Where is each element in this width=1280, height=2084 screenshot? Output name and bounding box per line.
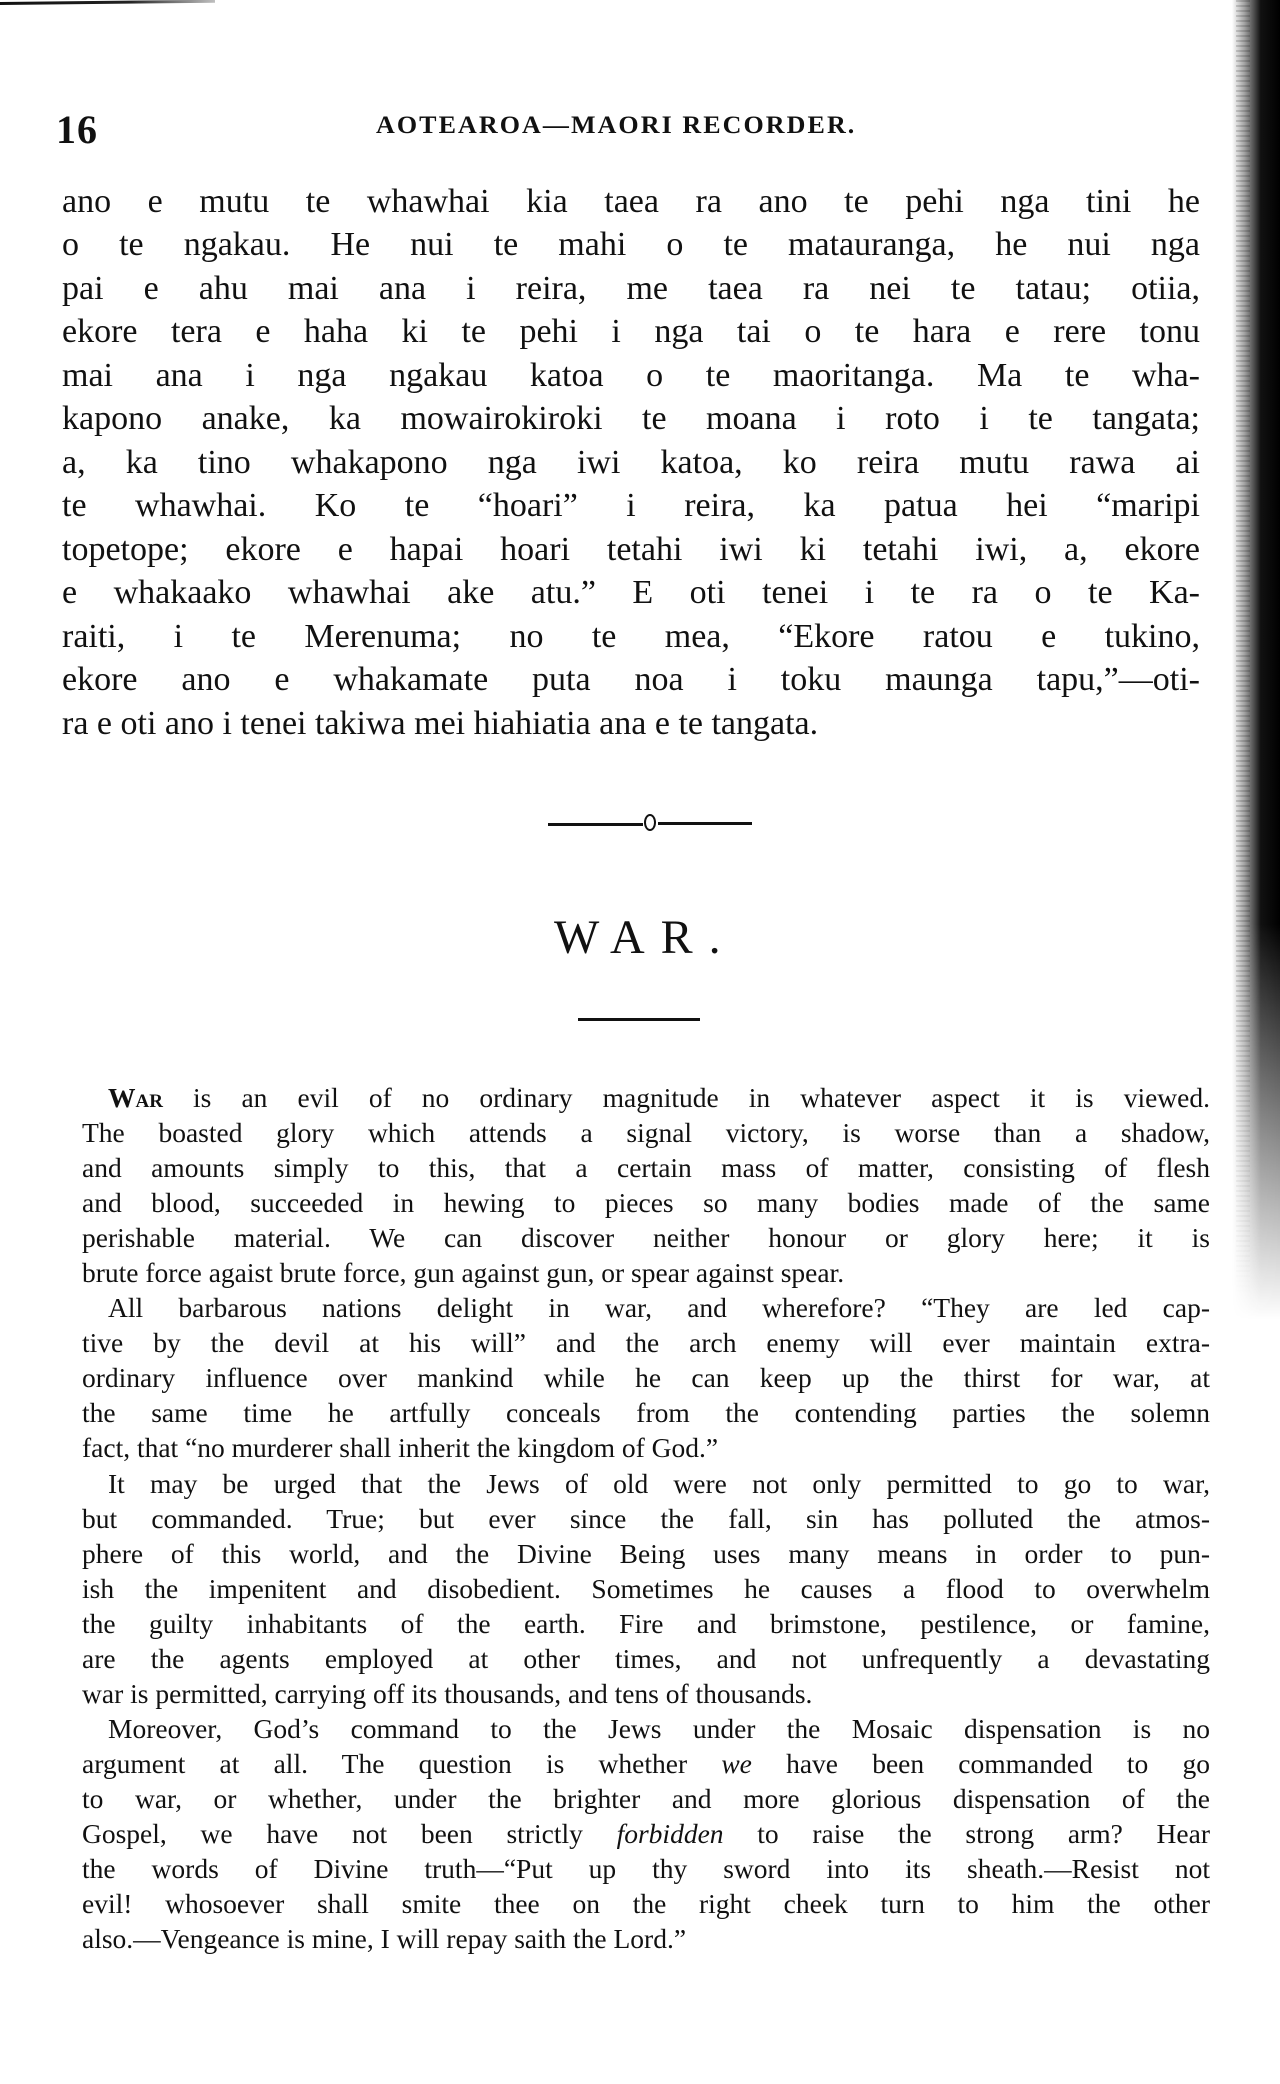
text-line: All barbarous nations delight in war, an…: [82, 1290, 1210, 1325]
text-span: have been commanded to go: [752, 1748, 1210, 1779]
title-underline: [578, 1018, 700, 1021]
text-line: the words of Divine truth—“Put up thy sw…: [82, 1851, 1210, 1886]
text-line: are the agents employed at other times, …: [82, 1641, 1210, 1676]
text-line: kapono anake, ka mowairokiroki te moana …: [62, 397, 1200, 441]
text-span: Gospel, we have not been strictly: [82, 1818, 617, 1849]
text-line: evil! whosoever shall smite thee on the …: [82, 1886, 1210, 1921]
text-line: ekore tera e haha ki te pehi i nga tai o…: [62, 310, 1200, 354]
text-line: Gospel, we have not been strictly forbid…: [82, 1816, 1210, 1851]
text-line: raiti, i te Merenuma; no te mea, “Ekore …: [62, 615, 1200, 659]
text-line: ordinary influence over mankind while he…: [82, 1360, 1210, 1395]
text-line: phere of this world, and the Divine Bein…: [82, 1536, 1210, 1571]
divider-ring-icon: [644, 814, 656, 831]
text-line: ano e mutu te whawhai kia taea ra ano te…: [62, 180, 1200, 224]
text-line: war is permitted, carrying off its thous…: [82, 1676, 1210, 1711]
text-line: ekore ano e whakamate puta noa i toku ma…: [62, 658, 1200, 702]
page-number: 16: [56, 106, 98, 153]
text-line: and blood, succeeded in hewing to pieces…: [82, 1185, 1210, 1220]
text-line: the guilty inhabitants of the earth. Fir…: [82, 1606, 1210, 1641]
text-line: but commanded. True; but ever since the …: [82, 1501, 1210, 1536]
text-span: argument at all. The question is whether: [82, 1748, 721, 1779]
text-line: mai ana i nga ngakau katoa o te maoritan…: [62, 354, 1200, 398]
italic-emphasis: forbidden: [617, 1818, 724, 1849]
text-line: also.—Vengeance is mine, I will repay sa…: [82, 1921, 1210, 1956]
italic-emphasis: we: [721, 1748, 752, 1779]
scan-edge-mark: [0, 0, 215, 5]
page-binding-speckle: [1236, 0, 1250, 1300]
text-line: the same time he artfully conceals from …: [82, 1395, 1210, 1430]
text-line: Moreover, God’s command to the Jews unde…: [82, 1711, 1210, 1746]
text-line: brute force agaist brute force, gun agai…: [82, 1255, 1210, 1290]
text-span: to raise the strong arm? Hear: [724, 1818, 1210, 1849]
text-line: War is an evil of no ordinary magnitude …: [82, 1080, 1210, 1115]
text-line: ish the impenitent and disobedient. Some…: [82, 1571, 1210, 1606]
text-line: and amounts simply to this, that a certa…: [82, 1150, 1210, 1185]
text-span: is an evil of no ordinary magnitude in w…: [163, 1082, 1210, 1113]
text-line: te whawhai. Ko te “hoari” i reira, ka pa…: [62, 484, 1200, 528]
section-divider: [548, 812, 752, 836]
text-line: It may be urged that the Jews of old wer…: [82, 1466, 1210, 1501]
divider-rule-right: [658, 822, 752, 825]
divider-rule-left: [548, 823, 643, 826]
text-line: argument at all. The question is whether…: [82, 1746, 1210, 1781]
text-line: o te ngakau. He nui te mahi o te mataura…: [62, 223, 1200, 267]
text-line: a, ka tino whakapono nga iwi katoa, ko r…: [62, 441, 1200, 485]
drop-word: War: [108, 1082, 163, 1113]
article-title: WAR.: [554, 910, 737, 965]
text-line: fact, that “no murderer shall inherit th…: [82, 1430, 1210, 1465]
text-line: tive by the devil at his will” and the a…: [82, 1325, 1210, 1360]
text-line: pai e ahu mai ana i reira, me taea ra ne…: [62, 267, 1200, 311]
text-line: e whakaako whawhai ake atu.” E oti tenei…: [62, 571, 1200, 615]
text-line: to war, or whether, under the brighter a…: [82, 1781, 1210, 1816]
text-line: topetope; ekore e hapai hoari tetahi iwi…: [62, 528, 1200, 572]
text-line: perishable material. We can discover nei…: [82, 1220, 1210, 1255]
running-head: AOTEAROA—MAORI RECORDER.: [376, 112, 856, 140]
text-line: ra e oti ano i tenei takiwa mei hiahiati…: [62, 702, 1200, 746]
scanned-page: 16 AOTEAROA—MAORI RECORDER. ano e mutu t…: [0, 0, 1280, 2084]
text-line: The boasted glory which attends a signal…: [82, 1115, 1210, 1150]
